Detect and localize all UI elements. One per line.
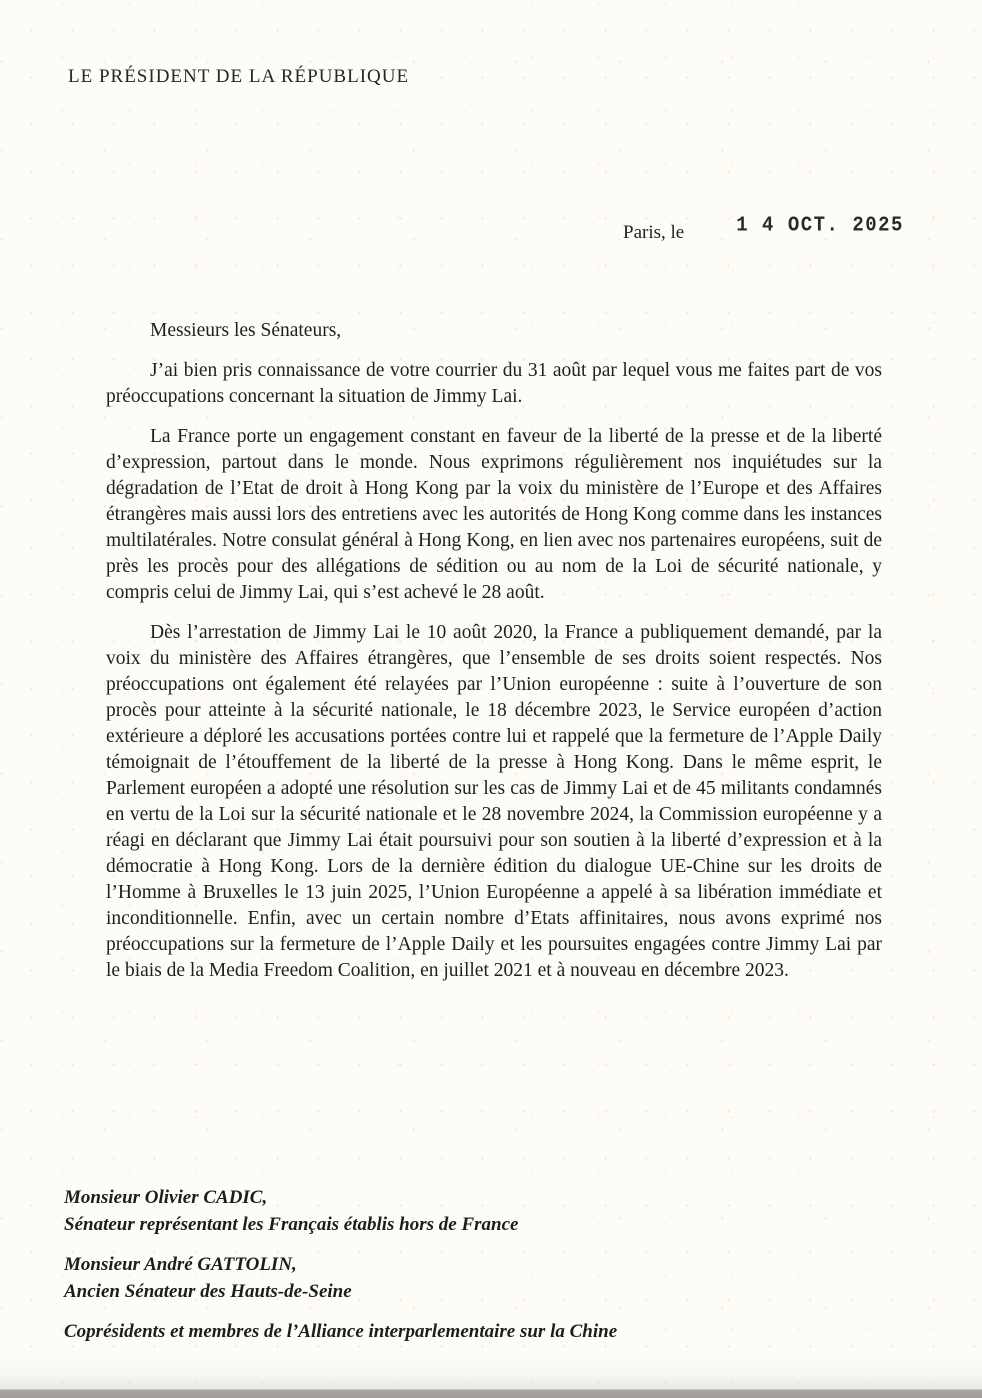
letter-body: Messieurs les Sénateurs, J’ai bien pris …	[106, 318, 882, 998]
addressee-title: Sénateur représentant les Français établ…	[64, 1211, 844, 1238]
paragraph-1: J’ai bien pris connaissance de votre cou…	[106, 358, 882, 410]
paragraph-3: Dès l’arrestation de Jimmy Lai le 10 aoû…	[106, 620, 882, 984]
addressee-gattolin: Monsieur André GATTOLIN, Ancien Sénateur…	[64, 1251, 844, 1305]
joint-role: Coprésidents et membres de l’Alliance in…	[64, 1318, 844, 1345]
dateline-place: Paris, le	[623, 222, 684, 244]
addressee-title: Ancien Sénateur des Hauts-de-Seine	[64, 1278, 844, 1305]
letter-page: LE PRÉSIDENT DE LA RÉPUBLIQUE Paris, le …	[0, 0, 982, 1398]
addressee-name: Monsieur Olivier CADIC,	[64, 1184, 844, 1211]
date-stamp: 1 4 OCT. 2025	[736, 212, 904, 237]
salutation: Messieurs les Sénateurs,	[106, 318, 882, 344]
addressees-block: Monsieur Olivier CADIC, Sénateur représe…	[64, 1184, 844, 1358]
addressee-name: Monsieur André GATTOLIN,	[64, 1251, 844, 1278]
addressee-cadic: Monsieur Olivier CADIC, Sénateur représe…	[64, 1184, 844, 1238]
paragraph-2: La France porte un engagement constant e…	[106, 424, 882, 606]
letterhead-title: LE PRÉSIDENT DE LA RÉPUBLIQUE	[68, 66, 409, 88]
scan-bottom-edge	[0, 1356, 982, 1398]
dateline: Paris, le 1 4 OCT. 2025	[623, 222, 904, 244]
